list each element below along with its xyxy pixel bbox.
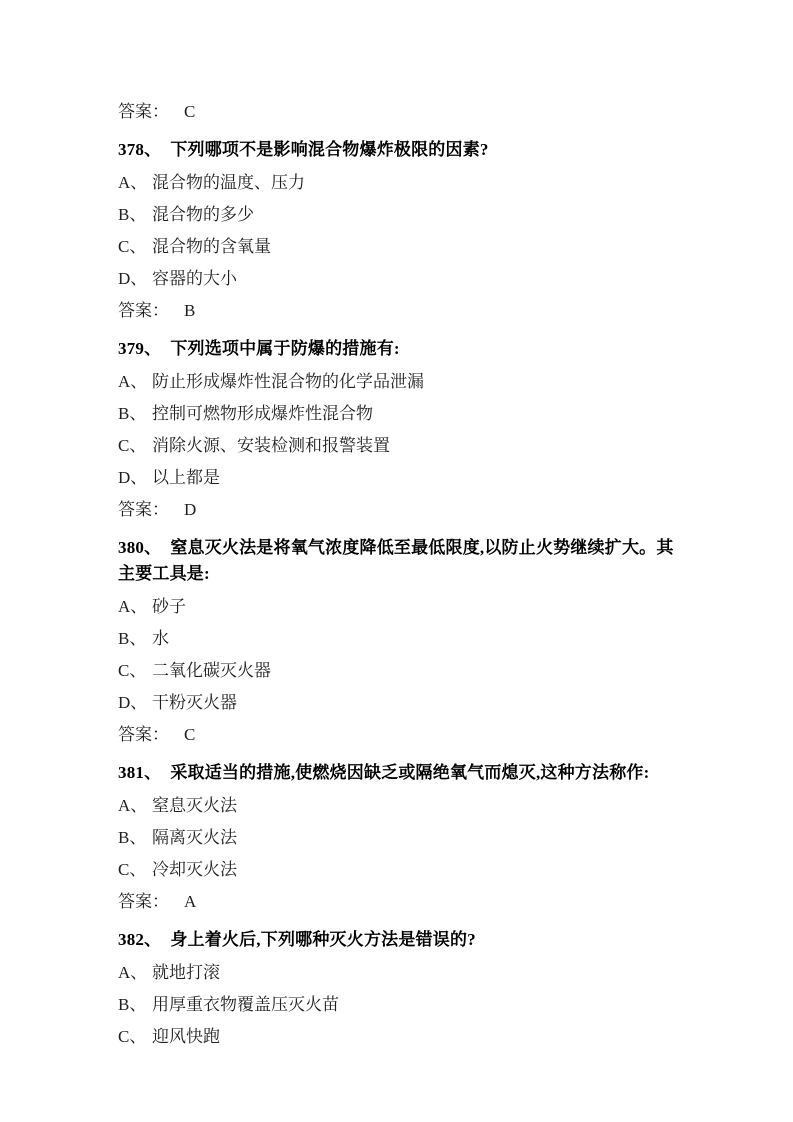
answer-line-previous: 答案： C	[118, 100, 684, 124]
option-text: 防止形成爆炸性混合物的化学品泄漏	[152, 370, 684, 394]
question-382-heading: 382、身上着火后,下列哪种灭火方法是错误的?	[118, 927, 684, 953]
answer-value: B	[184, 299, 195, 323]
question-378-option-b: B、 混合物的多少	[118, 203, 684, 227]
option-letter: D、	[118, 267, 152, 291]
question-378-heading: 378、下列哪项不是影响混合物爆炸极限的因素?	[118, 137, 684, 163]
question-382-option-b: B、 用厚重衣物覆盖压灭火苗	[118, 993, 684, 1017]
document-page: 答案： C 378、下列哪项不是影响混合物爆炸极限的因素? A、 混合物的温度、…	[0, 0, 793, 1122]
option-text: 容器的大小	[152, 267, 684, 291]
question-379-option-d: D、 以上都是	[118, 466, 684, 490]
option-text: 用厚重衣物覆盖压灭火苗	[152, 993, 684, 1017]
question-379-answer-line: 答案： D	[118, 498, 684, 522]
option-text: 干粉灭火器	[152, 691, 684, 715]
option-letter: A、	[118, 171, 152, 195]
option-text: 二氧化碳灭火器	[152, 659, 684, 683]
option-letter: A、	[118, 794, 152, 818]
question-378-option-a: A、 混合物的温度、压力	[118, 171, 684, 195]
option-text: 混合物的温度、压力	[152, 171, 684, 195]
option-letter: B、	[118, 993, 152, 1017]
question-title: 下列选项中属于防爆的措施有:	[170, 339, 399, 358]
option-text: 水	[152, 627, 684, 651]
option-letter: C、	[118, 858, 152, 882]
option-text: 迎风快跑	[152, 1025, 684, 1049]
question-379-heading: 379、下列选项中属于防爆的措施有:	[118, 336, 684, 362]
question-number: 380、	[118, 538, 161, 557]
question-title: 下列哪项不是影响混合物爆炸极限的因素?	[170, 140, 488, 159]
option-letter: C、	[118, 1025, 152, 1049]
option-letter: C、	[118, 659, 152, 683]
option-text: 窒息灭火法	[152, 794, 684, 818]
answer-label: 答案：	[118, 299, 169, 323]
question-379-option-a: A、 防止形成爆炸性混合物的化学品泄漏	[118, 370, 684, 394]
question-381-heading: 381、采取适当的措施,使燃烧因缺乏或隔绝氧气而熄灭,这种方法称作:	[118, 760, 684, 786]
option-letter: A、	[118, 961, 152, 985]
question-379-option-b: B、 控制可燃物形成爆炸性混合物	[118, 402, 684, 426]
option-letter: D、	[118, 466, 152, 490]
option-text: 隔离灭火法	[152, 826, 684, 850]
option-text: 混合物的含氧量	[152, 235, 684, 259]
question-title: 身上着火后,下列哪种灭火方法是错误的?	[170, 930, 476, 949]
option-letter: B、	[118, 826, 152, 850]
option-letter: C、	[118, 434, 152, 458]
option-letter: C、	[118, 235, 152, 259]
option-text: 消除火源、安装检测和报警装置	[152, 434, 684, 458]
question-381-option-c: C、 冷却灭火法	[118, 858, 684, 882]
question-378-option-c: C、 混合物的含氧量	[118, 235, 684, 259]
question-number: 381、	[118, 763, 161, 782]
question-number: 379、	[118, 339, 161, 358]
option-letter: B、	[118, 627, 152, 651]
question-381-option-b: B、 隔离灭火法	[118, 826, 684, 850]
question-380-option-d: D、 干粉灭火器	[118, 691, 684, 715]
option-letter: B、	[118, 402, 152, 426]
document-content: 答案： C 378、下列哪项不是影响混合物爆炸极限的因素? A、 混合物的温度、…	[118, 100, 684, 1057]
question-number: 382、	[118, 930, 161, 949]
question-380-option-c: C、 二氧化碳灭火器	[118, 659, 684, 683]
answer-value: C	[184, 100, 195, 124]
question-382-option-c: C、 迎风快跑	[118, 1025, 684, 1049]
question-380-option-b: B、 水	[118, 627, 684, 651]
question-378-option-d: D、 容器的大小	[118, 267, 684, 291]
option-text: 以上都是	[152, 466, 684, 490]
question-380-heading: 380、窒息灭火法是将氧气浓度降低至最低限度,以防止火势继续扩大。其主要工具是:	[118, 535, 684, 587]
question-number: 378、	[118, 140, 161, 159]
question-381-answer-line: 答案： A	[118, 890, 684, 914]
option-text: 就地打滚	[152, 961, 684, 985]
answer-label: 答案：	[118, 723, 169, 747]
question-379-option-c: C、 消除火源、安装检测和报警装置	[118, 434, 684, 458]
option-text: 控制可燃物形成爆炸性混合物	[152, 402, 684, 426]
option-letter: D、	[118, 691, 152, 715]
question-title: 采取适当的措施,使燃烧因缺乏或隔绝氧气而熄灭,这种方法称作:	[170, 763, 649, 782]
option-text: 冷却灭火法	[152, 858, 684, 882]
answer-value: D	[184, 498, 196, 522]
question-382-option-a: A、 就地打滚	[118, 961, 684, 985]
option-letter: A、	[118, 595, 152, 619]
answer-value: C	[184, 723, 195, 747]
answer-label: 答案：	[118, 498, 169, 522]
option-text: 砂子	[152, 595, 684, 619]
answer-value: A	[184, 890, 196, 914]
option-text: 混合物的多少	[152, 203, 684, 227]
question-378-answer-line: 答案： B	[118, 299, 684, 323]
option-letter: A、	[118, 370, 152, 394]
question-title: 窒息灭火法是将氧气浓度降低至最低限度,以防止火势继续扩大。其主要工具是:	[118, 538, 674, 583]
option-letter: B、	[118, 203, 152, 227]
question-380-option-a: A、 砂子	[118, 595, 684, 619]
question-380-answer-line: 答案： C	[118, 723, 684, 747]
question-381-option-a: A、 窒息灭火法	[118, 794, 684, 818]
answer-label: 答案：	[118, 890, 169, 914]
answer-label: 答案：	[118, 100, 169, 124]
